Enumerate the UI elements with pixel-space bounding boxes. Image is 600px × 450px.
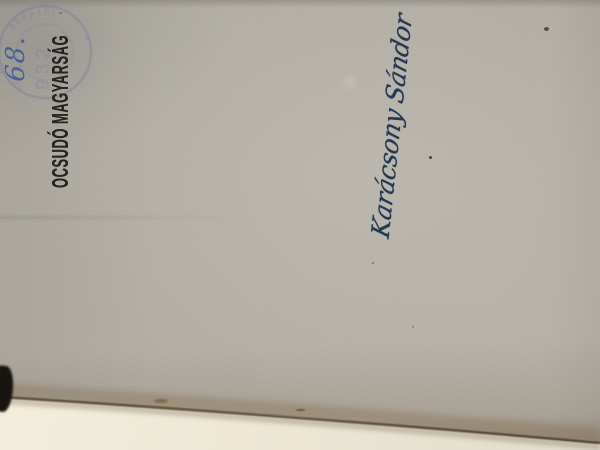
paper-speck (544, 27, 549, 31)
book-photo: aképzői ny 932 68. OCSUDÓ MAGYARSÁG Kará… (0, 0, 600, 450)
owner-signature: Karácsony Sándor (366, 11, 418, 242)
paper-speck (59, 12, 62, 14)
edge-stain (296, 409, 305, 411)
edge-stain (154, 399, 168, 403)
paper-speck (429, 156, 432, 159)
paper-speck (412, 326, 414, 328)
inventory-number: 68. (1, 33, 31, 84)
stamp-rim-dot (85, 36, 88, 39)
book-page: aképzői ny 932 68. OCSUDÓ MAGYARSÁG Kará… (0, 0, 600, 450)
paper-crease (0, 216, 250, 219)
paper-speck (372, 262, 374, 264)
printed-title: OCSUDÓ MAGYARSÁG (49, 35, 71, 188)
